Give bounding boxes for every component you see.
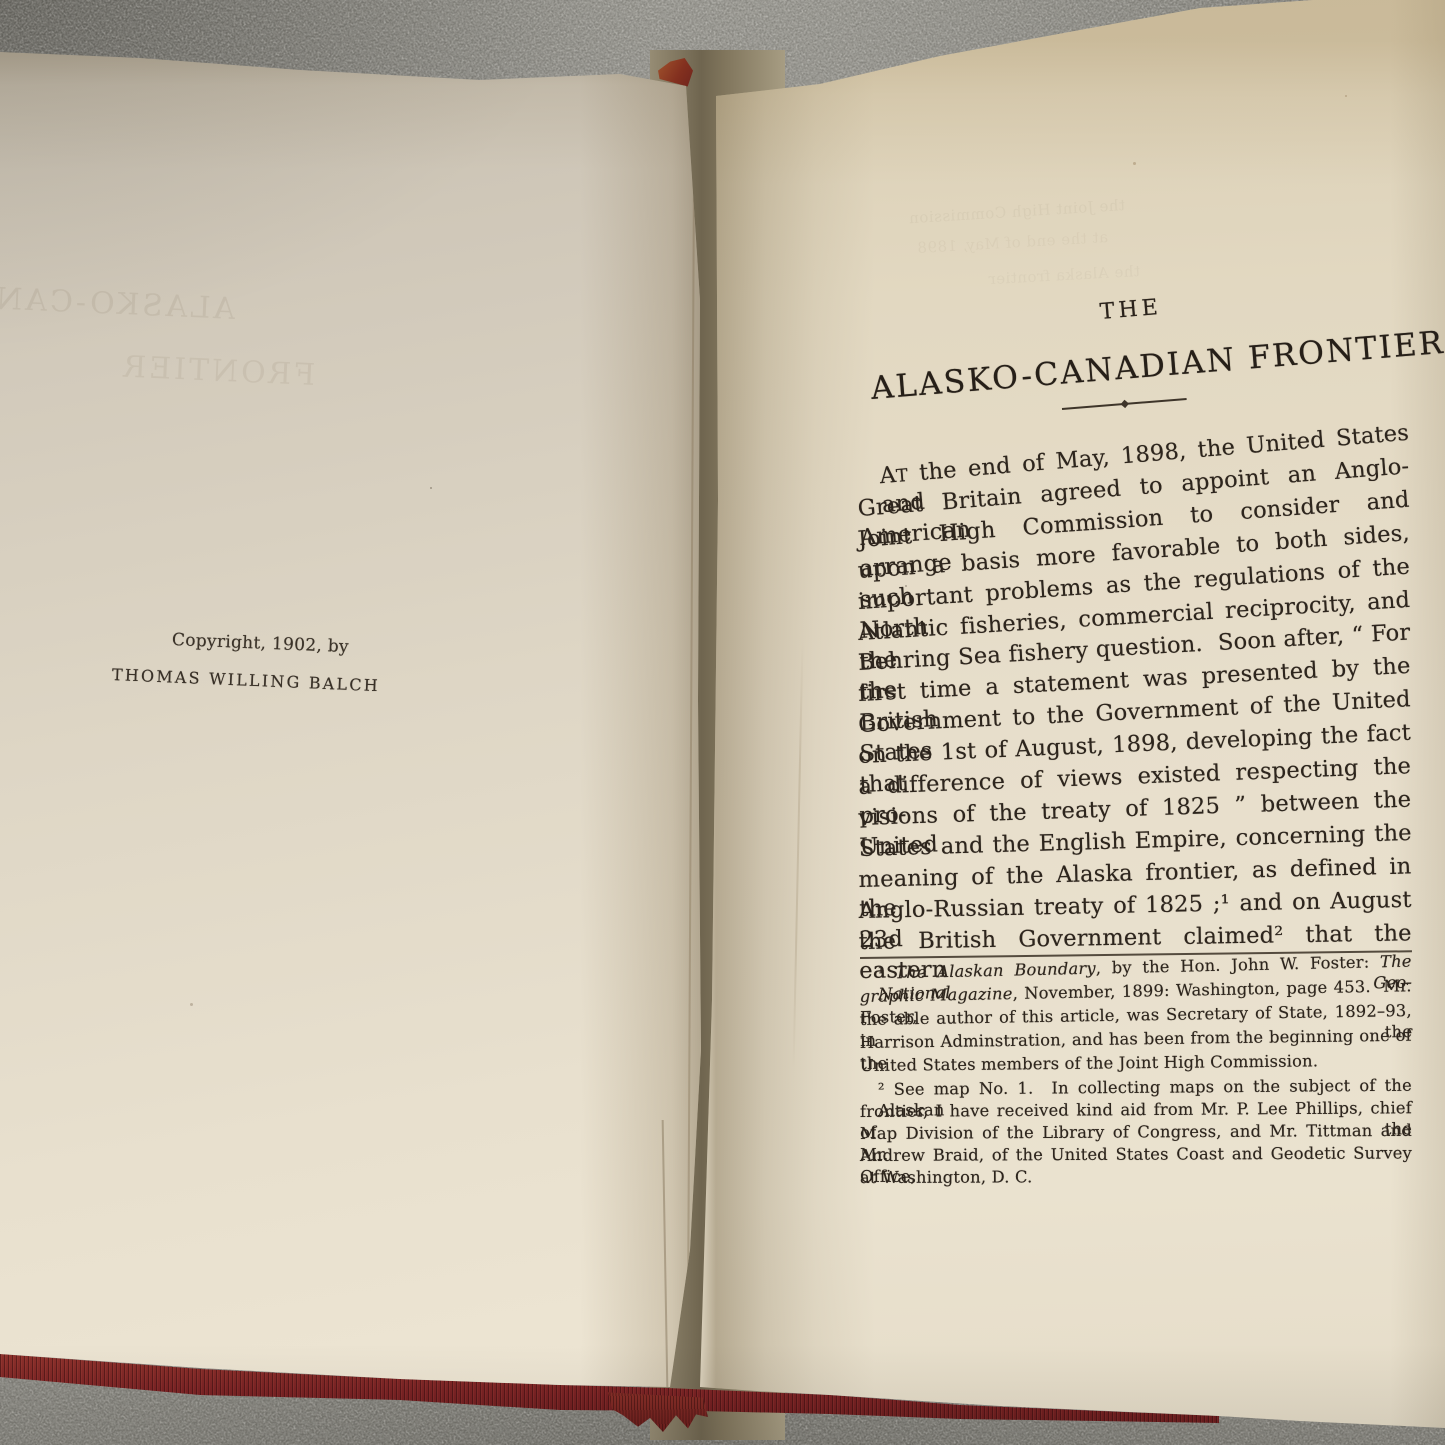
photo-open-book: Copyright, 1902, by THOMAS WILLING BALCH…: [0, 0, 1445, 1445]
copyright-line: Copyright, 1902, by: [172, 629, 350, 658]
paper-speck: [1133, 162, 1136, 165]
footnote-2-line: at Washington, D. C.: [860, 1165, 1412, 1188]
author-name: THOMAS WILLING BALCH: [112, 665, 381, 697]
gutter-crease: [662, 1120, 669, 1388]
chapter-title-the: THE: [1099, 294, 1163, 328]
page-crease: [792, 640, 803, 1070]
ghost-text: ALASKO-CANADIAN: [0, 276, 236, 327]
ghost-text: FRONTIER: [120, 350, 316, 393]
paper-speck: [430, 487, 432, 489]
paper-speck: [190, 1003, 193, 1006]
ghost-text: at the end of May, 1898: [916, 228, 1108, 257]
footnote-1-line: United States members of the Joint High …: [860, 1049, 1412, 1076]
ghost-text: the Joint High Commission: [908, 196, 1125, 227]
ghost-text: the Alaska frontier: [988, 262, 1141, 288]
title-divider-ornament: [1062, 394, 1187, 414]
paper-speck: [1345, 95, 1347, 97]
